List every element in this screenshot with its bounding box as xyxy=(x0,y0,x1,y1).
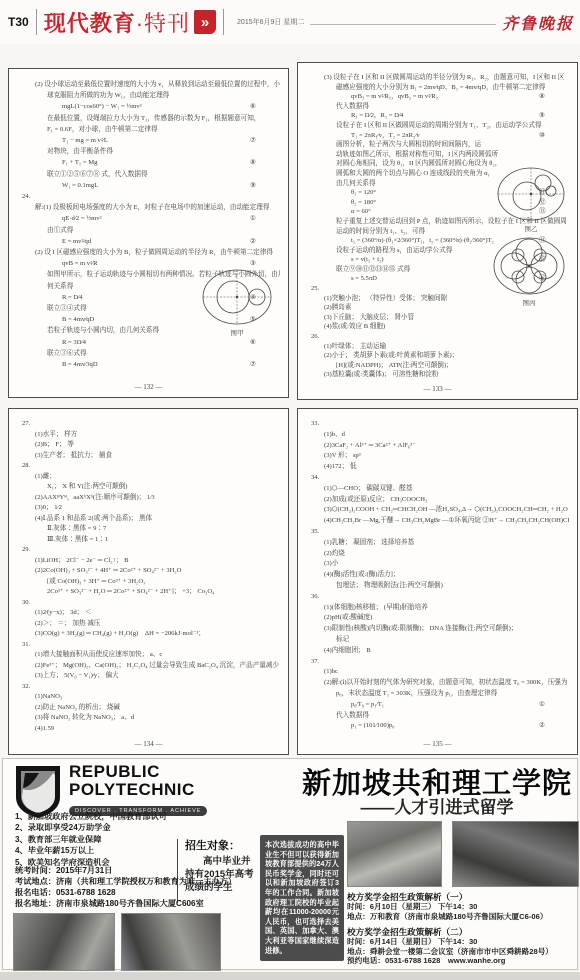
answer-line: Ⅱ.灰体∶黑体 = 9∶7 xyxy=(47,524,280,535)
masthead: 齐鲁晚报 xyxy=(502,11,574,34)
list-item: 报名地址：济南市泉城路180号齐鲁国际大厦C606室 xyxy=(15,898,295,909)
figure-caption: 图乙 xyxy=(495,224,567,233)
answer-line: 联立①②⑤⑥⑦⑧ 式，代入数据得 xyxy=(47,169,280,180)
advertisement: REPUBLIC POLYTECHNIC DISCOVER . TRANSFOR… xyxy=(2,758,578,970)
answer-line: p₀∕T₀ = p₁∕T₁① xyxy=(351,700,569,711)
answer-line: 30. xyxy=(22,598,280,609)
answers-panel-133: (3) 设粒子在 I 区和 II 区做圆周运动的半径分别为 R₁、R₂，由题意可… xyxy=(297,62,578,400)
answer-line: 由①式得 xyxy=(47,225,280,236)
answer-line: (3)CO(g) + 3H₂(g) ═ CH₄(g) + H₂O(g) ΔH =… xyxy=(35,629,280,640)
answer-line: qvB₁ = m v²∕R₁，qvB₂ = m v²∕R₂⑧ xyxy=(351,92,569,102)
step-number: ⑧ xyxy=(250,157,256,168)
step-number: ② xyxy=(539,721,545,732)
answer-line: (1)雌； xyxy=(35,472,280,483)
page-number: — 134 — xyxy=(9,740,288,748)
session-title: 校方奖学金招生政策解析（二） xyxy=(347,927,579,937)
session-1: 校方奖学金招生政策解析（一） 时间：6月10日（星期三） 下午14：30 地点：… xyxy=(347,892,579,921)
answer-line: 33. xyxy=(311,419,569,430)
answer-line: [或 Co(OH)₃ + 3H⁺ ═ Co³⁺ + 3H₂O， xyxy=(47,577,280,588)
answer-line: (1)b、d xyxy=(324,430,569,441)
list-item: 4、毕业年薪15万以上 xyxy=(15,845,177,856)
figure-bing: 图丙 xyxy=(491,235,567,307)
answer-line: (1)(体细胞)核移植； (早期)胚胎培养 xyxy=(324,603,569,614)
answer-line: (3)基粒囊(或:类囊体)； 可溶性糖和淀粉 xyxy=(324,370,569,380)
figure-caption: 图甲 xyxy=(200,328,274,337)
answer-line: (1)NaNO₃ xyxy=(35,692,280,703)
answer-line: (3)0； 1⁄2 xyxy=(35,503,280,514)
page-number: — 135 — xyxy=(298,740,577,748)
answer-line: 动轨迹如图乙所示，根据对称性可知，I 区内两段圆弧所 xyxy=(336,150,569,160)
answer-line: (3) 设粒子在 I 区和 II 区做圆周运动的半径分别为 R₁、R₂，由题意可… xyxy=(324,73,569,83)
answer-line: (4)1.59 xyxy=(35,724,280,735)
list-item: 统考时间：2015年7月31日 xyxy=(15,865,295,876)
answer-line: 解:(1) 设极板间电场强度的大小为 E，对粒子在电场中的加速运动，由动能定理得 xyxy=(35,202,280,213)
section-title: 现代教育·特刊 xyxy=(44,7,190,38)
list-item: 1、新加坡政府公立院校，中国教育部认可 xyxy=(15,811,177,822)
list-item: 考试地点：济南（共和理工学院授权万和教育为唯一主办方） xyxy=(15,876,295,887)
answer-lines: 33.(1)b、d(2)3CaF₂ + Al³⁺ ═ 3Ca²⁺ + AlF₆³… xyxy=(311,419,569,732)
answer-line: (4)Ⅰ.品系 1 和品系 2(或:两个品系)； 黑体 xyxy=(35,514,280,525)
list-item: 报名电话：0531-6788 1628 xyxy=(15,887,295,898)
answer-line: (3)上方； 5(V₀ − V₁)∕y； 偏大 xyxy=(35,671,280,682)
newspaper-page: T30 现代教育·特刊 » 2015年6月9日 星期二 齐鲁晚报 (2) 设小球… xyxy=(0,0,580,980)
step-number: ⑨ xyxy=(539,111,545,121)
answer-line: (3)限制性(核酸)内切酶(或:限制酶)； DNA 连接酶(注:两空可颠倒)； xyxy=(324,624,569,635)
step-number: ① xyxy=(250,213,256,224)
list-item: 3、教育部三年就业保障 xyxy=(15,834,177,845)
answer-line: p₀，末状态温度 T₁ = 303K，压强设为 p₁，由查理定律得 xyxy=(336,689,569,700)
figure-yi: 图乙 xyxy=(495,165,567,233)
step-number: ⑥ xyxy=(250,101,256,112)
logo-word-1: REPUBLIC xyxy=(69,763,207,781)
answer-line: (1)叶绿体； 主动运输 xyxy=(324,342,569,352)
answer-line: (3)小 xyxy=(324,559,569,570)
admission-target-label: 招生对象： xyxy=(185,837,255,853)
answer-line: (1)LiOH； 2Cl⁻ − 2e⁻ ═ Cl₂↑； B xyxy=(35,556,280,567)
answer-line: 32. xyxy=(22,682,280,693)
session-phone: 预约电话：0531-6788 1628 www.wanhe.org xyxy=(347,956,579,966)
answer-line: R = 3D∕4⑥ xyxy=(62,337,280,348)
answer-line: (2)AAXᴮYᴮ，aaXᵇXᵇ(注:顺序可颠倒)； 1⁄3 xyxy=(35,493,280,504)
answer-line: (3)⬡(CH₂)₂COOH + CH₂═CHCH₂OH —浓H₂SO₄,Δ→ … xyxy=(324,505,569,516)
step-number: ⑩ xyxy=(539,131,545,141)
answer-line: 28. xyxy=(22,461,280,472)
orbit-diagram-icon xyxy=(495,165,567,223)
campus-photo-left-1 xyxy=(13,913,115,971)
answer-line: (2)pH(或:酸碱度) xyxy=(324,613,569,624)
answer-line: (2)Fe³⁺； Mg(OH)₂、Ca(OH)₂； H₂C₂O₄ 过量会导致生成… xyxy=(35,661,280,672)
campus-photo-aerial xyxy=(347,821,442,887)
answer-line: (2)3CaF₂ + Al³⁺ ═ 3Ca²⁺ + AlF₆³⁻ xyxy=(324,441,569,452)
step-number: ⑥ xyxy=(250,337,256,348)
step-number: ⑨ xyxy=(250,180,256,191)
answer-line: mgL(1−cos60°) − W₁ = ½mv²⑥ xyxy=(62,101,280,112)
page-label: T30 xyxy=(8,15,29,29)
chevron-badge-icon: » xyxy=(194,10,216,34)
registration-info: 统考时间：2015年7月31日考试地点：济南（共和理工学院授权万和教育为唯一主办… xyxy=(15,865,295,909)
answer-line: (3)下丘脑； 大脑皮层； 肾小管 xyxy=(324,313,569,323)
answer-line: (2)灼烧 xyxy=(324,549,569,560)
answer-line: 球克服阻力所做的功为 W₁，由动能定理得 xyxy=(47,90,280,101)
answers-panel-132: (2) 设小球运动至最低位置时速度的大小为 v，从释放到运动至最低位置的过程中，… xyxy=(8,68,289,398)
answer-line: E = mv²∕qd② xyxy=(62,236,280,247)
divider xyxy=(36,9,37,35)
answer-line: 代入数据得 xyxy=(336,711,569,722)
answer-line: 代入数据得 xyxy=(336,102,569,112)
page-number: — 132 — xyxy=(9,383,288,391)
answer-line: [H](或:NADPH)； ATP(注:两空可颠倒)； xyxy=(336,361,569,371)
session-venue: 地点：舜耕会堂一楼第二会议室（济南市市中区舜耕路28号） xyxy=(347,947,579,957)
answer-line: (2) 设小球运动至最低位置时速度的大小为 v，从释放到运动至最低位置的过程中，… xyxy=(35,79,280,90)
answer-line: (1)2∕(y−x)； 3d； ＜ xyxy=(35,608,280,619)
answer-line: 联立③⑥式得 xyxy=(47,348,280,359)
answer-line: (2)加成(或还原)反应； CH₃COOCH₃ xyxy=(324,495,569,506)
orbit-diagram-icon xyxy=(200,267,274,327)
answer-line: 36. xyxy=(311,592,569,603)
flower-orbit-diagram-icon xyxy=(491,235,567,297)
logo-word-2: POLYTECHNIC xyxy=(69,781,207,799)
answer-line: (4)(酶)活性[或:(酶)活力]； xyxy=(324,570,569,581)
session-time: 时间：6月14日（星期日） 下午14：30 xyxy=(347,937,579,947)
answer-line: 31. xyxy=(22,640,280,651)
answer-line: 包埋法； 物理吸附法(注:两空可颠倒) xyxy=(336,581,569,592)
answer-line: qE·d∕2 = ½mv²① xyxy=(62,213,280,224)
answer-line: 标记 xyxy=(336,635,569,646)
bottom-strip xyxy=(0,972,580,980)
answer-line: X₁； X 和 Y(注:两空可颠倒) xyxy=(47,482,280,493)
answer-line: 24. xyxy=(22,191,280,202)
answer-line: (2)防止 NaNO₂ 的析出； 烧碱 xyxy=(35,703,280,714)
answer-line: 2Co³⁺ + SO₃²⁻ + H₂O ═ 2Co²⁺ + SO₄²⁻ + 2H… xyxy=(47,587,280,598)
divider xyxy=(223,9,224,35)
answer-line: (1)增大接触面积从而使反应速率加快； a、c xyxy=(35,650,280,661)
answer-line: (2)解:(ⅰ)以开始时刻的气体为研究对象，由题意可知，初状态温度 T₀ = 3… xyxy=(324,678,569,689)
answers-panel-134: 27.(1)水平； 样方(2)B； F； 等(3)生产者； 抵抗力； 捕食28.… xyxy=(8,408,289,755)
answer-line: p₁ = (101∕100)p₀② xyxy=(351,721,569,732)
answer-line: 设粒子在 I 区和 II 区做圆周运动的周期分别为 T₁、T₂，由运动学公式得 xyxy=(336,121,569,131)
answer-line: W₁ = 0.1mgL⑨ xyxy=(62,180,280,191)
answer-line: 26. xyxy=(311,332,569,342)
step-number: ⑦ xyxy=(250,135,256,146)
answer-line: (1)⬡—CHO； 碳碳双键、醛基 xyxy=(324,484,569,495)
answer-line: T₁ = 2πR₁∕v，T₂ = 2πR₂∕v⑩ xyxy=(351,131,569,141)
policy-sessions: 校方奖学金招生政策解析（一） 时间：6月10日（星期三） 下午14：30 地点：… xyxy=(347,892,579,972)
answer-lines: 27.(1)水平； 样方(2)B； F； 等(3)生产者； 抵抗力； 捕食28.… xyxy=(22,419,280,734)
answer-line: T₁ − mg = m v²∕L⑦ xyxy=(62,135,280,146)
session-time: 时间：6月10日（星期三） 下午14：30 xyxy=(347,902,579,912)
answer-line: (2)小于； 类胡萝卜素(或:叶黄素和胡萝卜素)； xyxy=(324,351,569,361)
benefit-list: 1、新加坡政府公立院校，中国教育部认可2、录取即享受24万助学金3、教育部三年就… xyxy=(15,811,177,868)
header-rule xyxy=(310,24,496,25)
campus-photo-building xyxy=(452,821,579,887)
answers-panel-135: 33.(1)b、d(2)3CaF₂ + Al³⁺ ═ 3Ca²⁺ + AlF₆³… xyxy=(297,408,578,755)
answer-line: 磁感应强度的大小分别为 B₁ = 2mv∕qD、B₂ = 4mv∕qD，由牛顿第… xyxy=(336,83,569,93)
ad-subtitle: ——人才引进式留学 xyxy=(295,793,579,818)
step-number: ① xyxy=(539,700,545,711)
answer-line: 35. xyxy=(311,527,569,538)
answer-line: (4)浆(或:效应 B 细胞) xyxy=(324,322,569,332)
page-number: — 133 — xyxy=(298,385,577,393)
session-title: 校方奖学金招生政策解析（一） xyxy=(347,892,579,902)
answer-line: (3)生产者； 抵抗力； 捕食 xyxy=(35,451,280,462)
answer-line: (4)内细胞团； B xyxy=(324,646,569,657)
answer-line: (3)将 NaNO₂ 转化为 NaNO₃； a、d xyxy=(35,713,280,724)
answer-line: F₁ + T₁ = Mg⑧ xyxy=(62,157,280,168)
answer-line: (3)V 形； sp³ xyxy=(324,451,569,462)
answer-line: (1)bc xyxy=(324,667,569,678)
answer-line: (2)＞； ＝； 加热 减压 xyxy=(35,619,280,630)
session-venue: 地点：万和教育（济南市泉城路180号齐鲁国际大厦C6-06） xyxy=(347,912,579,922)
list-item: 2、录取即享受24万助学金 xyxy=(15,822,177,833)
answer-line: (1)水平； 样方 xyxy=(35,430,280,441)
step-number: ⑦ xyxy=(250,359,256,370)
answer-line: (2)B； F； 等 xyxy=(35,440,280,451)
session-2: 校方奖学金招生政策解析（二） 时间：6月14日（星期日） 下午14：30 地点：… xyxy=(347,927,579,966)
answer-line: 画图分析，粒子两次与大圆相切的时间间隔内，运 xyxy=(336,140,569,150)
answer-line: 37. xyxy=(311,657,569,668)
section-title-main: 现代教育 xyxy=(44,11,136,36)
step-number: ⑧ xyxy=(539,92,545,102)
answer-line: (4)172； 低 xyxy=(324,462,569,473)
answer-line: 在最低位置，设绳端拉力大小为 T₁，传感器的示数为 F₁，根据题意可知， xyxy=(47,113,280,124)
figure-jia: 图甲 xyxy=(200,267,274,337)
answer-line: (2)2Co(OH)₃ + SO₃²⁻ + 4H⁺ ═ 2Co²⁺ + SO₄²… xyxy=(35,566,280,577)
section-title-suffix: ·特刊 xyxy=(136,11,190,36)
page-header: T30 现代教育·特刊 » 2015年6月9日 星期二 齐鲁晚报 xyxy=(0,0,580,44)
answer-line: F₁ = 0.6F，对小球，由牛顿第二定律得 xyxy=(47,124,280,135)
answer-line: B = 4mv∕3qD⑦ xyxy=(62,359,280,370)
step-number: ② xyxy=(250,236,256,247)
answer-line: (1)乳糖； 凝固剂； 选择培养基 xyxy=(324,538,569,549)
issue-date: 2015年6月9日 星期二 xyxy=(237,17,304,27)
answer-line: 27. xyxy=(22,419,280,430)
figure-caption: 图丙 xyxy=(491,298,567,307)
answer-line: R₁ = D∕2，R₂ = D∕4⑨ xyxy=(351,111,569,121)
answer-line: 对物块，由平衡条件得 xyxy=(47,146,280,157)
answer-line: (4)CH₃CH₂Br —Mg,干醚→ CH₃CH₂MgBr —①环氧丙烷 ②H… xyxy=(324,516,569,527)
answer-line: 29. xyxy=(22,545,280,556)
answer-line: 34. xyxy=(311,473,569,484)
answer-line: (2) 设 I 区磁感应强度的大小为 B，粒子做圆周运动的半径为 R，由牛顿第二… xyxy=(35,247,280,258)
answer-line: Ⅲ.灰体∶黑体 = 1∶1 xyxy=(47,535,280,546)
campus-photo-left-2 xyxy=(121,913,221,971)
